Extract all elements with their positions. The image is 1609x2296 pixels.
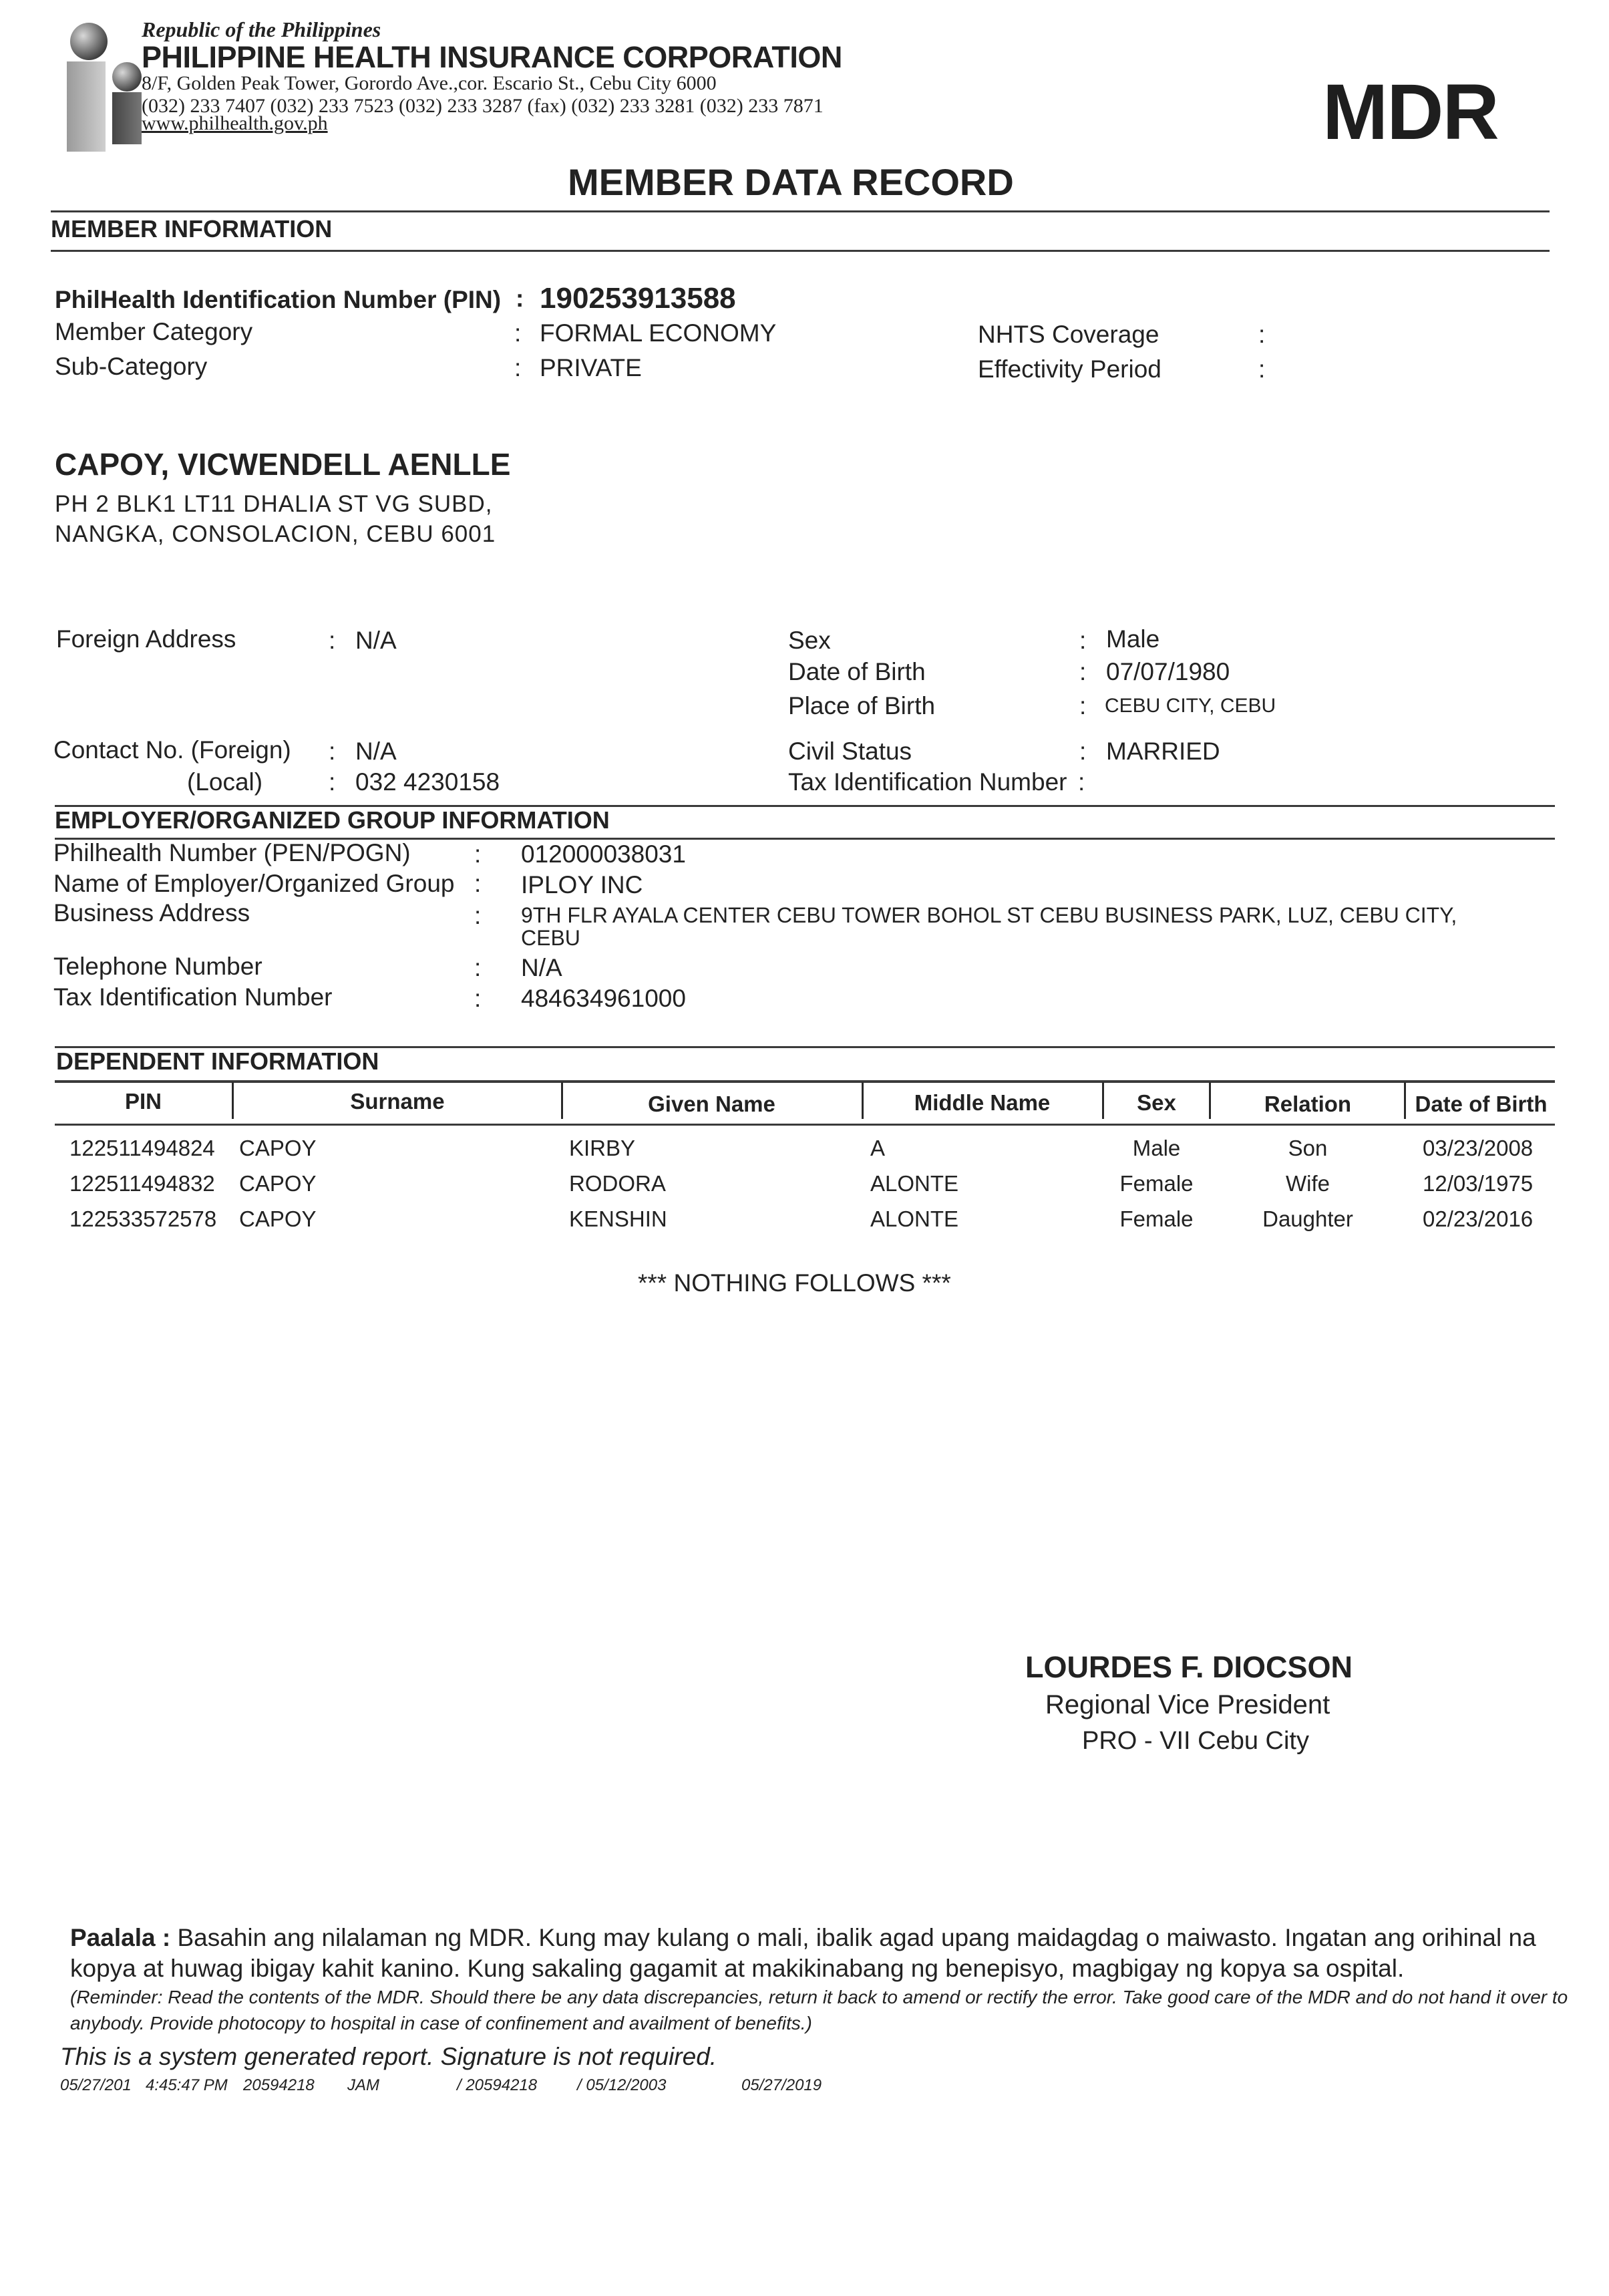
corporation-name: PHILIPPINE HEALTH INSURANCE CORPORATION [142,40,842,75]
cell-sex: Female [1104,1206,1209,1232]
sex-value: Male [1106,625,1159,653]
effectivity-period-label: Effectivity Period [978,355,1161,383]
pin-label: PhilHealth Identification Number (PIN) [55,286,501,314]
cell-dob: 02/23/2016 [1423,1206,1533,1232]
tin-label: Tax Identification Number [788,768,1067,796]
business-address-line1: 9TH FLR AYALA CENTER CEBU TOWER BOHOL ST… [521,903,1457,928]
cell-pin: 122511494824 [69,1136,215,1161]
colon: : [474,985,481,1013]
cell-dob: 12/03/1975 [1423,1171,1533,1196]
divider [51,210,1550,212]
colon: : [329,768,335,796]
member-address-line2: NANGKA, CONSOLACION, CEBU 6001 [55,521,496,548]
employer-name-label: Name of Employer/Organized Group [53,870,455,898]
divider [51,250,1550,252]
contact-local-value: 032 4230158 [355,768,500,796]
section-title-employer: EMPLOYER/ORGANIZED GROUP INFORMATION [55,806,610,834]
section-title-member: MEMBER INFORMATION [51,215,332,243]
colon: : [474,954,481,982]
system-generated-note: This is a system generated report. Signa… [60,2043,717,2071]
mdr-badge: MDR [1322,67,1498,158]
footer-ref-id: / 20594218 [457,2076,537,2095]
cell-given-name: KIRBY [569,1136,635,1161]
member-address-line1: PH 2 BLK1 LT11 DHALIA ST VG SUBD, [55,491,492,518]
foreign-address-value: N/A [355,627,397,655]
document-title: MEMBER DATA RECORD [568,160,1014,204]
notice-label: Paalala : [70,1924,170,1951]
notice-tagalog-text: Basahin ang nilalaman ng MDR. Kung may k… [70,1924,1536,1982]
signatory-title: Regional Vice President [1045,1690,1330,1720]
business-address-line2: CEBU [521,926,580,951]
cell-surname: CAPOY [239,1206,317,1232]
member-name: CAPOY, VICWENDELL AENLLE [55,446,510,482]
column-header-given-name: Given Name [563,1092,860,1117]
table-header-bottom-border [55,1124,1555,1126]
cell-sex: Female [1104,1171,1209,1196]
footer-registration-date: / 05/12/2003 [577,2076,666,2095]
footer-print-date: 05/27/201 [60,2076,132,2095]
place-of-birth-value: CEBU CITY, CEBU [1105,695,1276,717]
table-header-top-border [55,1080,1555,1083]
colon: : [1079,692,1086,720]
employer-tin-label: Tax Identification Number [53,983,332,1011]
footer-user-id: 20594218 [243,2076,315,2095]
signatory-office: PRO - VII Cebu City [1082,1727,1309,1756]
contact-foreign-label: Contact No. (Foreign) [53,736,291,764]
colon: : [474,840,481,868]
column-header-dob: Date of Birth [1406,1092,1556,1117]
employer-name-value: IPLOY INC [521,871,643,899]
cell-relation: Daughter [1211,1206,1405,1232]
footer-user-code: JAM [347,2076,379,2095]
pen-label: Philhealth Number (PEN/POGN) [53,839,411,867]
contact-local-label: (Local) [187,768,262,796]
cell-dob: 03/23/2008 [1423,1136,1533,1161]
place-of-birth-label: Place of Birth [788,692,935,720]
column-header-sex: Sex [1104,1090,1209,1116]
colon: : [514,319,521,347]
colon: : [514,354,521,382]
colon: : [1079,737,1086,766]
cell-given-name: RODORA [569,1171,666,1196]
sub-category-value: PRIVATE [540,354,642,382]
column-header-pin: PIN [55,1089,232,1114]
colon: : [474,902,481,930]
member-category-label: Member Category [55,318,252,346]
colon: : [1079,658,1086,686]
colon: : [1079,627,1086,655]
civil-status-value: MARRIED [1106,737,1220,766]
telephone-label: Telephone Number [53,953,262,981]
cell-middle-name: ALONTE [870,1171,958,1196]
date-of-birth-label: Date of Birth [788,658,926,686]
section-title-dependents: DEPENDENT INFORMATION [56,1047,379,1076]
column-header-surname: Surname [234,1089,561,1114]
cell-relation: Son [1211,1136,1405,1161]
cell-sex: Male [1104,1136,1209,1161]
foreign-address-label: Foreign Address [56,625,236,653]
sex-label: Sex [788,627,831,655]
notice-english: (Reminder: Read the contents of the MDR.… [70,1984,1580,2036]
colon: : [516,285,524,313]
colon: : [1258,321,1265,349]
column-header-middle-name: Middle Name [864,1090,1101,1116]
colon: : [474,870,481,898]
business-address-label: Business Address [53,899,250,927]
cell-pin: 122511494832 [69,1171,215,1196]
signatory-name: LOURDES F. DIOCSON [1025,1650,1353,1685]
cell-relation: Wife [1211,1171,1405,1196]
member-category-value: FORMAL ECONOMY [540,319,776,347]
telephone-value: N/A [521,954,562,982]
colon: : [329,627,335,655]
cell-surname: CAPOY [239,1171,317,1196]
cell-surname: CAPOY [239,1136,317,1161]
date-of-birth-value: 07/07/1980 [1106,658,1230,686]
civil-status-label: Civil Status [788,737,912,766]
employer-tin-value: 484634961000 [521,985,686,1013]
colon: : [1258,355,1265,383]
pen-value: 012000038031 [521,840,686,868]
cell-middle-name: A [870,1136,885,1161]
column-header-relation: Relation [1211,1092,1405,1117]
footer-report-date: 05/27/2019 [741,2076,822,2095]
website-link[interactable]: www.philhealth.gov.ph [142,112,328,135]
sub-category-label: Sub-Category [55,353,207,381]
cell-middle-name: ALONTE [870,1206,958,1232]
nothing-follows: *** NOTHING FOLLOWS *** [638,1269,951,1297]
contact-foreign-value: N/A [355,737,397,766]
corporation-address: 8/F, Golden Peak Tower, Gorordo Ave.,cor… [142,72,717,95]
republic-label: Republic of the Philippines [142,17,381,42]
footer-print-time: 4:45:47 PM [146,2076,228,2095]
colon: : [329,737,335,766]
notice-tagalog: Paalala : Basahin ang nilalaman ng MDR. … [70,1923,1580,1984]
colon: : [1078,768,1085,796]
nhts-coverage-label: NHTS Coverage [978,321,1159,349]
cell-given-name: KENSHIN [569,1206,667,1232]
cell-pin: 122533572578 [69,1206,216,1232]
pin-value: 190253913588 [540,282,736,315]
